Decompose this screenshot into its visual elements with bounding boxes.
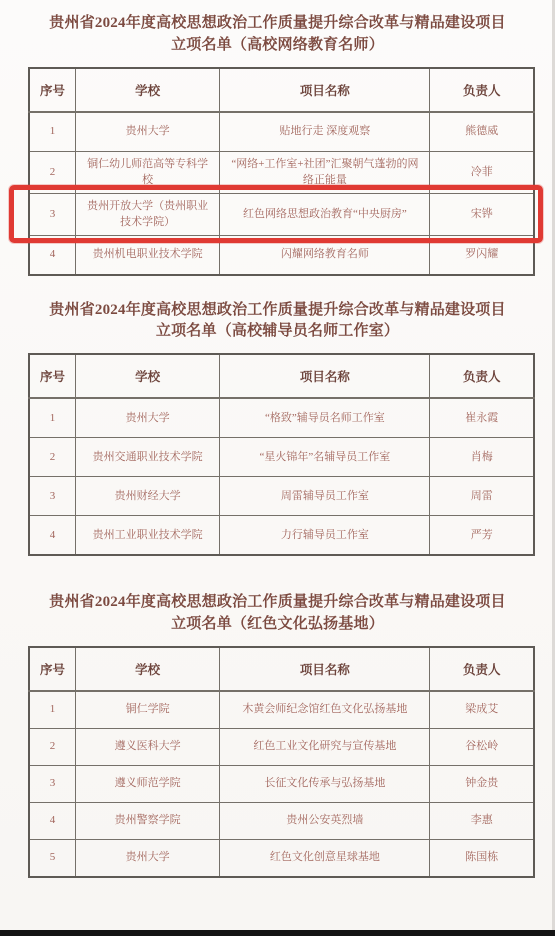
row-number-cell: 2 bbox=[29, 728, 75, 765]
column-header: 项目名称 bbox=[220, 354, 430, 398]
table-row: 4贵州警察学院贵州公安英烈墙李惠 bbox=[29, 802, 534, 839]
column-header: 学校 bbox=[75, 647, 219, 691]
table-header: 序号学校项目名称负责人 bbox=[29, 68, 534, 112]
school-name-cell: 贵州财经大学 bbox=[75, 477, 219, 516]
row-number-cell: 1 bbox=[29, 398, 75, 438]
table-row: 1贵州大学“格致”辅导员名师工作室崔永霞 bbox=[29, 398, 534, 438]
project-table: 序号学校项目名称负责人 1铜仁学院木黄会师纪念馆红色文化弘扬基地梁成艾2遵义医科… bbox=[28, 646, 535, 878]
project-name-cell: 闪耀网络教育名师 bbox=[220, 235, 430, 275]
leader-name-cell: 宋铧 bbox=[430, 193, 534, 235]
column-header: 项目名称 bbox=[220, 68, 430, 112]
section-title-line1: 贵州省2024年度高校思想政治工作质量提升综合改革与精品建设项目 bbox=[49, 302, 505, 318]
school-name-cell: 遵义医科大学 bbox=[75, 728, 219, 765]
school-name-cell: 贵州机电职业技术学院 bbox=[75, 235, 219, 275]
leader-name-cell: 严芳 bbox=[430, 516, 534, 556]
leader-name-cell: 周雷 bbox=[430, 477, 534, 516]
column-header: 负责人 bbox=[430, 647, 534, 691]
leader-name-cell: 谷松岭 bbox=[430, 728, 534, 765]
section-title: 贵州省2024年度高校思想政治工作质量提升综合改革与精品建设项目 立项名单（红色… bbox=[10, 592, 545, 636]
table-row: 5贵州大学红色文化创意星球基地陈国栋 bbox=[29, 839, 534, 877]
section-title-line1: 贵州省2024年度高校思想政治工作质量提升综合改革与精品建设项目 bbox=[49, 15, 505, 31]
school-name-cell: 铜仁学院 bbox=[75, 691, 219, 729]
project-table: 序号学校项目名称负责人 1贵州大学贴地行走 深度观察熊德威2铜仁幼儿师范高等专科… bbox=[28, 67, 535, 276]
sections-container: 贵州省2024年度高校思想政治工作质量提升综合改革与精品建设项目 立项名单（高校… bbox=[0, 0, 555, 878]
row-number-cell: 3 bbox=[29, 477, 75, 516]
project-name-cell: 红色工业文化研究与宣传基地 bbox=[220, 728, 430, 765]
column-header: 负责人 bbox=[430, 68, 534, 112]
row-number-cell: 2 bbox=[29, 151, 75, 193]
project-name-cell: 贵州公安英烈墙 bbox=[220, 802, 430, 839]
project-name-cell: 红色文化创意星球基地 bbox=[220, 839, 430, 877]
section-title-line2: 立项名单（高校网络教育名师） bbox=[171, 37, 384, 53]
table-row: 3贵州财经大学周雷辅导员工作室周雷 bbox=[29, 477, 534, 516]
table-row: 1贵州大学贴地行走 深度观察熊德威 bbox=[29, 112, 534, 152]
project-name-cell: 周雷辅导员工作室 bbox=[220, 477, 430, 516]
table-row: 3遵义师范学院长征文化传承与弘扬基地钟金贵 bbox=[29, 765, 534, 802]
row-number-cell: 3 bbox=[29, 765, 75, 802]
table-body: 1铜仁学院木黄会师纪念馆红色文化弘扬基地梁成艾2遵义医科大学红色工业文化研究与宣… bbox=[29, 691, 534, 877]
column-header: 学校 bbox=[75, 354, 219, 398]
row-number-cell: 2 bbox=[29, 438, 75, 477]
column-header: 序号 bbox=[29, 68, 75, 112]
column-header: 项目名称 bbox=[220, 647, 430, 691]
column-header: 学校 bbox=[75, 68, 219, 112]
leader-name-cell: 李惠 bbox=[430, 802, 534, 839]
row-number-cell: 4 bbox=[29, 235, 75, 275]
school-name-cell: 铜仁幼儿师范高等专科学校 bbox=[75, 151, 219, 193]
leader-name-cell: 钟金贵 bbox=[430, 765, 534, 802]
section-title-line2: 立项名单（高校辅导员名师工作室） bbox=[156, 323, 399, 339]
table-row: 2遵义医科大学红色工业文化研究与宣传基地谷松岭 bbox=[29, 728, 534, 765]
project-name-cell: “星火锦年”名辅导员工作室 bbox=[220, 438, 430, 477]
leader-name-cell: 冷菲 bbox=[430, 151, 534, 193]
document-page: 贵州省2024年度高校思想政治工作质量提升综合改革与精品建设项目 立项名单（高校… bbox=[0, 0, 555, 936]
leader-name-cell: 崔永霞 bbox=[430, 398, 534, 438]
school-name-cell: 贵州工业职业技术学院 bbox=[75, 516, 219, 556]
table-row: 3贵州开放大学（贵州职业技术学院）红色网络思想政治教育“中央厨房”宋铧 bbox=[29, 193, 534, 235]
project-name-cell: “格致”辅导员名师工作室 bbox=[220, 398, 430, 438]
row-number-cell: 3 bbox=[29, 193, 75, 235]
leader-name-cell: 肖梅 bbox=[430, 438, 534, 477]
column-header: 序号 bbox=[29, 354, 75, 398]
school-name-cell: 贵州警察学院 bbox=[75, 802, 219, 839]
project-name-cell: 红色网络思想政治教育“中央厨房” bbox=[220, 193, 430, 235]
project-table: 序号学校项目名称负责人 1贵州大学“格致”辅导员名师工作室崔永霞2贵州交通职业技… bbox=[28, 353, 535, 556]
table-row: 1铜仁学院木黄会师纪念馆红色文化弘扬基地梁成艾 bbox=[29, 691, 534, 729]
row-number-cell: 4 bbox=[29, 516, 75, 556]
row-number-cell: 1 bbox=[29, 691, 75, 729]
project-name-cell: 力行辅导员工作室 bbox=[220, 516, 430, 556]
table-body: 1贵州大学贴地行走 深度观察熊德威2铜仁幼儿师范高等专科学校“网络+工作室+社团… bbox=[29, 112, 534, 275]
table-section: 贵州省2024年度高校思想政治工作质量提升综合改革与精品建设项目 立项名单（高校… bbox=[0, 276, 555, 557]
project-name-cell: 长征文化传承与弘扬基地 bbox=[220, 765, 430, 802]
row-number-cell: 1 bbox=[29, 112, 75, 152]
scan-edge-bottom bbox=[0, 930, 555, 936]
table-row: 2贵州交通职业技术学院“星火锦年”名辅导员工作室肖梅 bbox=[29, 438, 534, 477]
leader-name-cell: 梁成艾 bbox=[430, 691, 534, 729]
school-name-cell: 贵州交通职业技术学院 bbox=[75, 438, 219, 477]
header-row: 序号学校项目名称负责人 bbox=[29, 647, 534, 691]
project-name-cell: 贴地行走 深度观察 bbox=[220, 112, 430, 152]
column-header: 序号 bbox=[29, 647, 75, 691]
project-name-cell: 木黄会师纪念馆红色文化弘扬基地 bbox=[220, 691, 430, 729]
header-row: 序号学校项目名称负责人 bbox=[29, 354, 534, 398]
table-header: 序号学校项目名称负责人 bbox=[29, 647, 534, 691]
header-row: 序号学校项目名称负责人 bbox=[29, 68, 534, 112]
column-header: 负责人 bbox=[430, 354, 534, 398]
table-row: 4贵州机电职业技术学院闪耀网络教育名师罗闪耀 bbox=[29, 235, 534, 275]
table-section: 贵州省2024年度高校思想政治工作质量提升综合改革与精品建设项目 立项名单（红色… bbox=[0, 556, 555, 878]
school-name-cell: 贵州大学 bbox=[75, 112, 219, 152]
row-number-cell: 5 bbox=[29, 839, 75, 877]
section-title-line1: 贵州省2024年度高校思想政治工作质量提升综合改革与精品建设项目 bbox=[49, 594, 505, 610]
leader-name-cell: 熊德威 bbox=[430, 112, 534, 152]
school-name-cell: 贵州大学 bbox=[75, 839, 219, 877]
table-row: 4贵州工业职业技术学院力行辅导员工作室严芳 bbox=[29, 516, 534, 556]
section-title: 贵州省2024年度高校思想政治工作质量提升综合改革与精品建设项目 立项名单（高校… bbox=[10, 300, 545, 344]
row-number-cell: 4 bbox=[29, 802, 75, 839]
section-title-line2: 立项名单（红色文化弘扬基地） bbox=[171, 616, 384, 632]
table-section: 贵州省2024年度高校思想政治工作质量提升综合改革与精品建设项目 立项名单（高校… bbox=[0, 0, 555, 276]
school-name-cell: 贵州开放大学（贵州职业技术学院） bbox=[75, 193, 219, 235]
school-name-cell: 贵州大学 bbox=[75, 398, 219, 438]
leader-name-cell: 陈国栋 bbox=[430, 839, 534, 877]
section-title: 贵州省2024年度高校思想政治工作质量提升综合改革与精品建设项目 立项名单（高校… bbox=[10, 13, 545, 57]
project-name-cell: “网络+工作室+社团”汇聚朝气蓬勃的网络正能量 bbox=[220, 151, 430, 193]
leader-name-cell: 罗闪耀 bbox=[430, 235, 534, 275]
school-name-cell: 遵义师范学院 bbox=[75, 765, 219, 802]
table-header: 序号学校项目名称负责人 bbox=[29, 354, 534, 398]
table-row: 2铜仁幼儿师范高等专科学校“网络+工作室+社团”汇聚朝气蓬勃的网络正能量冷菲 bbox=[29, 151, 534, 193]
table-body: 1贵州大学“格致”辅导员名师工作室崔永霞2贵州交通职业技术学院“星火锦年”名辅导… bbox=[29, 398, 534, 555]
